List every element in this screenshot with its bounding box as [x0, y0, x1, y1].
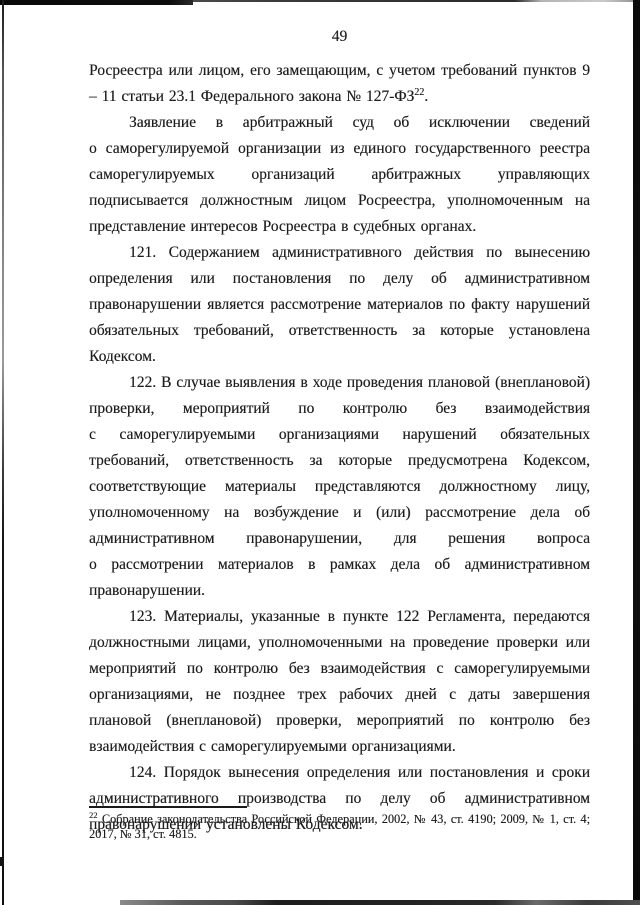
paragraph-123: 123. Материалы, указанные в пункте 122 Р… [89, 604, 590, 760]
paragraph-122: 122. В случае выявления в ходе проведени… [89, 370, 590, 604]
paragraph-continuation-tail: . [424, 88, 428, 105]
footnote-ref-22: 22 [414, 87, 424, 98]
footnote-22: 22 Собрание законодательства Российской … [89, 812, 590, 841]
footnote-text: Собрание законодательства Российской Фед… [89, 812, 590, 841]
footnote-marker: 22 [89, 810, 98, 820]
paragraph-121: 121. Содержанием административного дейст… [89, 240, 590, 370]
page-number: 49 [89, 28, 590, 46]
scan-edge-bottom [120, 900, 640, 905]
paragraph-continuation: Росреестра или лицом, его замещающим, с … [89, 58, 590, 110]
paragraph-application: Заявление в арбитражный суд об исключени… [89, 110, 590, 240]
scan-edge-top-right [193, 0, 640, 2]
footnote-separator [89, 806, 247, 808]
scan-edge-left [2, 0, 4, 905]
scan-edge-left-tick [0, 857, 4, 866]
paragraph-continuation-text: Росреестра или лицом, его замещающим, с … [89, 62, 590, 105]
document-body: Росреестра или лицом, его замещающим, с … [89, 58, 590, 838]
scan-edge-top-left [0, 0, 193, 5]
scan-edge-right [633, 0, 640, 905]
document-page: 49 Росреестра или лицом, его замещающим,… [0, 0, 640, 905]
